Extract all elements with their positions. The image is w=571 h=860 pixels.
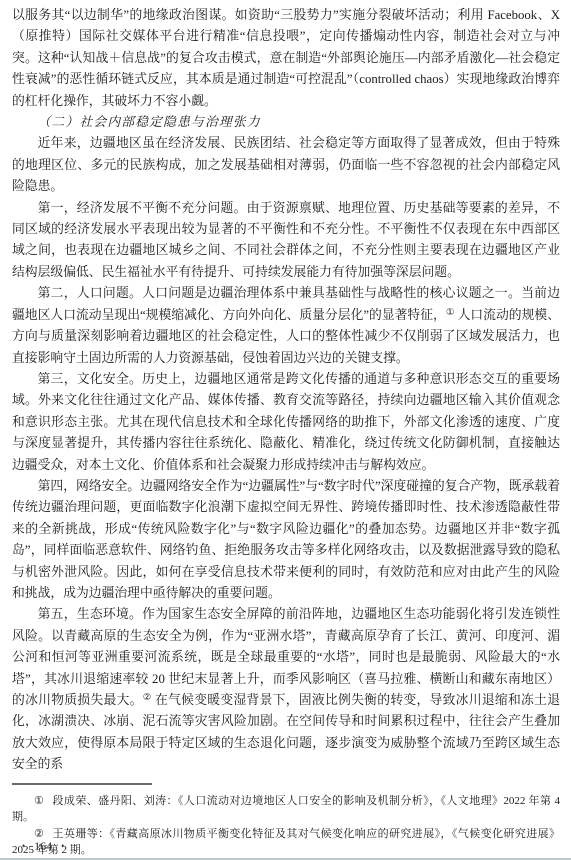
paragraph-geopolitics-continuation: 以服务其“以边制华”的地缘政治图谋。如资助“三股势力”实施分裂破坏活动；利用 F… [12, 5, 560, 112]
footnote-1-text: 段成荣、盛丹阳、刘涛：《人口流动对边境地区人口安全的影响及机制分析》，《人文地理… [12, 795, 560, 824]
paragraph-culture: 第三，文化安全。历史上，边疆地区通常是跨文化传播的通道与多种意识形态交互的重要场… [12, 369, 560, 476]
footnote-2: ②王英珊等：《青藏高原冰川物质平衡变化特征及其对气候变化响应的研究进展》，《气候… [12, 826, 560, 859]
page-number-dot-left: • [22, 842, 25, 851]
paragraph-cybersecurity: 第四，网络安全。边疆网络安全作为“边疆属性”与“数字时代”深度碰撞的复合产物，既… [12, 476, 560, 604]
footnote-area: ①段成荣、盛丹阳、刘涛：《人口流动对边境地区人口安全的影响及机制分析》，《人文地… [12, 783, 560, 859]
page-number-dot-right: • [61, 842, 64, 851]
paragraph-population: 第二，人口问题。人口问题是边疆治理体系中兼具基础性与战略性的核心议题之一。当前边… [12, 283, 560, 369]
paragraph-economy: 第一，经济发展不平衡不充分问题。由于资源禀赋、地理位置、历史基础等要素的差异，不… [12, 198, 560, 284]
document-page: 以服务其“以边制华”的地缘政治图谋。如资助“三股势力”实施分裂破坏活动；利用 F… [0, 0, 571, 860]
footnote-1-marker: ① [34, 795, 44, 807]
footnote-1: ①段成荣、盛丹阳、刘涛：《人口流动对边境地区人口安全的影响及机制分析》，《人文地… [12, 793, 560, 826]
section-heading: （二）社会内部稳定隐患与治理张力 [12, 112, 560, 133]
footnote-divider [12, 783, 152, 785]
page-number-value: 164 [34, 839, 52, 854]
page-body: 以服务其“以边制华”的地缘政治图谋。如资助“三股势力”实施分裂破坏活动；利用 F… [12, 5, 560, 776]
footnote-2-marker: ② [34, 828, 44, 840]
paragraph-ecology: 第五，生态环境。作为国家生态安全屏障的前沿阵地，边疆地区生态功能弱化将引发连锁性… [12, 604, 560, 775]
paragraph-overview: 近年来，边疆地区虽在经济发展、民族团结、社会稳定等方面取得了显著成效，但由于特殊… [12, 133, 560, 197]
page-number: • 164 • [22, 839, 64, 854]
footnote-ref-2: ② [143, 693, 152, 703]
footnote-2-text: 王英珊等：《青藏高原冰川物质平衡变化特征及其对气候变化响应的研究进展》，《气候变… [12, 828, 560, 857]
